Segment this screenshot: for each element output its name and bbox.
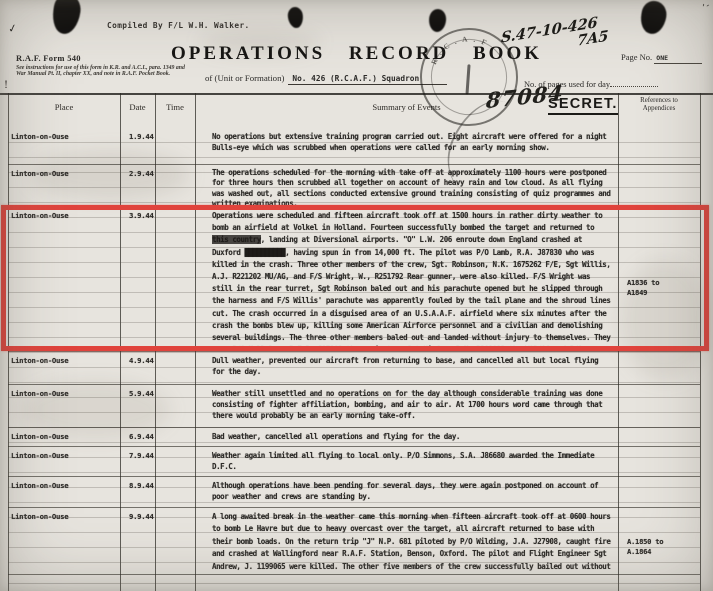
scan-mark: ˈˊ xyxy=(700,3,710,16)
row-place: Linton-on-Ouse xyxy=(8,385,120,427)
unit-value: No. 426 (R.C.A.F.) Squadron xyxy=(288,74,447,85)
unit-label: of (Unit or Formation) xyxy=(205,73,284,83)
table-row: Linton-on-Ouse 4.9.44 Dull weather, prev… xyxy=(8,352,700,385)
row-date: 1.9.44 xyxy=(120,128,155,164)
row-place: Linton-on-Ouse xyxy=(8,352,120,384)
row-place: Linton-on-Ouse xyxy=(8,508,120,575)
column-header-time: Time xyxy=(155,95,195,128)
table-row: Linton-on-Ouse 6.9.44 Bad weather, cance… xyxy=(8,428,700,447)
column-header-references: References to Appendices xyxy=(618,95,700,128)
table-row: Linton-on-Ouse 9.9.44 A long awaited bre… xyxy=(8,508,700,575)
row-time xyxy=(155,128,195,164)
row-references: A1836 toA1849 xyxy=(618,278,700,298)
form-instructions: See instructions for use of this form in… xyxy=(16,65,188,78)
scan-mark: ! xyxy=(4,80,8,91)
row-summary: The operations scheduled for the morning… xyxy=(195,165,618,207)
page-number-value: ONE xyxy=(654,54,702,64)
secret-classification-label: SECRET. xyxy=(548,96,618,115)
row-summary: Dull weather, prevented our aircraft fro… xyxy=(195,352,618,384)
page-number: Page No. ONE xyxy=(621,52,702,64)
punch-hole xyxy=(50,0,82,36)
table-body: Linton-on-Ouse 1.9.44 No operations but … xyxy=(8,128,700,575)
row-summary: A long awaited break in the weather came… xyxy=(195,508,618,575)
table-row: Linton-on-Ouse 2.9.44 The operations sch… xyxy=(8,165,700,207)
row-time xyxy=(155,477,195,507)
punch-hole xyxy=(287,6,304,28)
row-date: 6.9.44 xyxy=(120,428,155,446)
row-place: Linton-on-Ouse xyxy=(8,477,120,507)
row-time xyxy=(155,508,195,575)
row-date: 4.9.44 xyxy=(120,352,155,384)
row-place: Linton-on-Ouse xyxy=(8,128,120,164)
row-place: Linton-on-Ouse xyxy=(8,447,120,476)
table-row: Linton-on-Ouse 7.9.44 Weather again limi… xyxy=(8,447,700,477)
punch-hole xyxy=(428,8,447,32)
row-summary: Although operations have been pending fo… xyxy=(195,477,618,507)
table-border-right xyxy=(700,93,701,591)
row-date: 9.9.44 xyxy=(120,508,155,575)
row-place: Linton-on-Ouse xyxy=(8,165,120,207)
table-row: Linton-on-Ouse 1.9.44 No operations but … xyxy=(8,128,700,165)
row-date: 2.9.44 xyxy=(120,165,155,207)
row-summary: No operations but extensive training pro… xyxy=(195,128,618,164)
row-time xyxy=(155,385,195,427)
row-references: A.1850 toA.1864 xyxy=(618,537,700,557)
row-time xyxy=(155,428,195,446)
row-time xyxy=(155,352,195,384)
row-summary: Operations were scheduled and fifteen ai… xyxy=(195,207,618,352)
row-place: Linton-on-Ouse xyxy=(8,428,120,446)
footer-faint-rule xyxy=(8,583,700,584)
row-time xyxy=(155,447,195,476)
row-place: Linton-on-Ouse xyxy=(8,207,120,352)
row-summary: Bad weather, cancelled all operations an… xyxy=(195,428,618,446)
row-summary: Weather again limited all flying to loca… xyxy=(195,447,618,476)
row-time xyxy=(155,165,195,207)
row-time xyxy=(155,207,195,352)
column-header-date: Date xyxy=(120,95,155,128)
compiled-by-note: Compiled By F/L W.H. Walker. xyxy=(107,21,250,30)
table-row: Linton-on-Ouse 5.9.44 Weather still unse… xyxy=(8,385,700,428)
page-number-label: Page No. xyxy=(621,52,652,62)
row-date: 3.9.44 xyxy=(120,207,155,352)
row-summary: Weather still unsettled and no operation… xyxy=(195,385,618,427)
row-date: 5.9.44 xyxy=(120,385,155,427)
scan-mark: ✓ xyxy=(7,21,19,36)
page-title: OPERATIONS RECORD BOOK xyxy=(0,43,713,65)
scanned-operations-record-book: ✓ ˈˊ ! Compiled By F/L W.H. Walker. R.A.… xyxy=(0,0,713,591)
punch-hole xyxy=(638,0,668,36)
unit-line: of (Unit or Formation)No. 426 (R.C.A.F.)… xyxy=(205,73,447,83)
row-date: 7.9.44 xyxy=(120,447,155,476)
row-date: 8.9.44 xyxy=(120,477,155,507)
table-row: Linton-on-Ouse 8.9.44 Although operation… xyxy=(8,477,700,508)
stamp-mark xyxy=(465,64,470,94)
table-row: Linton-on-Ouse 3.9.44 Operations were sc… xyxy=(8,207,700,352)
column-header-place: Place xyxy=(8,95,120,128)
pages-used-blank xyxy=(610,86,658,87)
